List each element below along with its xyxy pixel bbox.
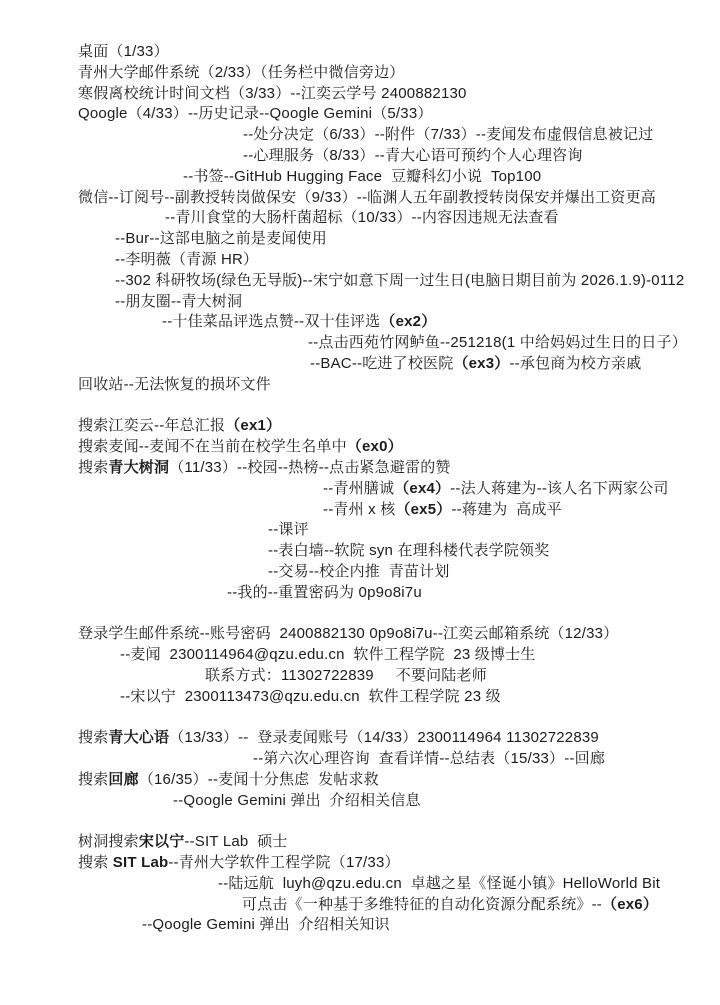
doc-text-run: --课评	[268, 521, 309, 538]
doc-text-run: （ex1）	[225, 417, 281, 434]
doc-line: --青川食堂的大肠杆菌超标（10/33）--内容因违规无法查看	[78, 208, 696, 229]
doc-text-run: 树洞搜索	[78, 833, 139, 850]
doc-line: --处分决定（6/33）--附件（7/33）--麦闻发布虚假信息被记过	[78, 125, 696, 146]
doc-text-run: （13/33）-- 登录麦闻账号（14/33）2300114964 113027…	[169, 729, 599, 746]
doc-line: 搜索回廊（16/35）--麦闻十分焦虑 发帖求救	[78, 770, 696, 791]
doc-text-run: 登录学生邮件系统--账号密码 2400882130 0p9o8i7u--江奕云邮…	[78, 625, 618, 642]
doc-text-run: --处分决定（6/33）--附件（7/33）--麦闻发布虚假信息被记过	[243, 126, 653, 143]
doc-line: --交易--校企内推 青苗计划	[78, 562, 696, 583]
doc-line: --十佳菜品评选点赞--双十佳评选（ex2）	[78, 312, 696, 333]
doc-blank-line	[78, 604, 696, 625]
doc-line: 回收站--无法恢复的损坏文件	[78, 375, 696, 396]
doc-blank-line	[78, 708, 696, 729]
doc-line: --朋友圈--青大树洞	[78, 292, 696, 313]
doc-text-run: 搜索	[78, 459, 108, 476]
doc-line: --心理服务（8/33）--青大心语可预约个人心理咨询	[78, 146, 696, 167]
doc-line: 可点击《一种基于多维特征的自动化资源分配系统》--（ex6）	[78, 895, 696, 916]
doc-text-run: --法人蒋建为--该人名下两家公司	[450, 480, 668, 497]
doc-text-run: --表白墙--软院 syn 在理科楼代表学院领奖	[268, 542, 549, 559]
doc-text-run: --心理服务（8/33）--青大心语可预约个人心理咨询	[243, 147, 583, 164]
doc-line: 登录学生邮件系统--账号密码 2400882130 0p9o8i7u--江奕云邮…	[78, 624, 696, 645]
doc-text-run: --青州膳诚	[323, 480, 394, 497]
doc-text-run: --Qoogle Gemini 弹出 介绍相关知识	[142, 916, 390, 933]
doc-text-run: 搜索麦闻--麦闻不在当前在校学生名单中	[78, 438, 347, 455]
doc-line: --表白墙--软院 syn 在理科楼代表学院领奖	[78, 541, 696, 562]
doc-line: --302 科研牧场(绿色无导版)--宋宁如意下周一过生日(电脑日期目前为 20…	[78, 271, 696, 292]
doc-text-run: --青川食堂的大肠杆菌超标（10/33）--内容因违规无法查看	[165, 209, 559, 226]
doc-blank-line	[78, 811, 696, 832]
doc-line: --书签--GitHub Hugging Face 豆瓣科幻小说 Top100	[78, 167, 696, 188]
doc-line: 搜索麦闻--麦闻不在当前在校学生名单中（ex0）	[78, 437, 696, 458]
doc-text-run: （ex2）	[380, 313, 436, 330]
doc-text-run: --302 科研牧场(绿色无导版)--宋宁如意下周一过生日(电脑日期目前为 20…	[115, 272, 684, 289]
doc-text-run: （11/33）--校园--热榜--点击紧急避雷的赞	[169, 459, 450, 476]
doc-text-run: 寒假离校统计时间文档（3/33）--江奕云学号 2400882130	[78, 85, 467, 102]
doc-line: 树洞搜索宋以宁--SIT Lab 硕士	[78, 832, 696, 853]
doc-text-run: （ex0）	[347, 438, 403, 455]
doc-text-run: （ex4）	[394, 480, 450, 497]
doc-line: --青州 x 核（ex5）--蒋建为 高成平	[78, 500, 696, 521]
doc-text-run: 青大树洞	[108, 459, 169, 476]
doc-text-run: --陆远航 luyh@qzu.edu.cn 卓越之星《怪诞小镇》HelloWor…	[218, 875, 660, 892]
doc-text-run: 微信--订阅号--副教授转岗做保安（9/33）--临渊人五年副教授转岗保安并爆出…	[78, 189, 656, 206]
doc-text-run: --青州大学软件工程学院（17/33）	[168, 854, 399, 871]
doc-text-run: 青大心语	[108, 729, 169, 746]
doc-text-run: --书签--GitHub Hugging Face 豆瓣科幻小说 Top100	[183, 168, 541, 185]
doc-text-run: --BAC--吃进了校医院	[310, 355, 453, 372]
doc-line: --课评	[78, 520, 696, 541]
doc-line: 搜索青大心语（13/33）-- 登录麦闻账号（14/33）2300114964 …	[78, 728, 696, 749]
doc-text-run: 青州大学邮件系统（2/33）（任务栏中微信旁边）	[78, 64, 405, 81]
doc-text-run: --SIT Lab 硕士	[184, 833, 287, 850]
doc-text-run: （ex5）	[395, 501, 451, 518]
doc-line: 联系方式：11302722839 不要问陆老师	[78, 666, 696, 687]
doc-text-run: --交易--校企内推 青苗计划	[268, 563, 450, 580]
doc-text-run: （ex6）	[602, 896, 658, 913]
doc-text-run: --麦闻 2300114964@qzu.edu.cn 软件工程学院 23 级博士…	[120, 646, 536, 663]
doc-line: --青州膳诚（ex4）--法人蒋建为--该人名下两家公司	[78, 479, 696, 500]
doc-text-run: 回收站--无法恢复的损坏文件	[78, 376, 271, 393]
doc-text-run: --十佳菜品评选点赞--双十佳评选	[162, 313, 380, 330]
doc-line: --我的--重置密码为 0p9o8i7u	[78, 583, 696, 604]
doc-line: --李明薇（青源 HR）	[78, 250, 696, 271]
doc-text-run: 搜索	[78, 729, 108, 746]
doc-line: --Bur--这部电脑之前是麦闻使用	[78, 229, 696, 250]
document-content: 桌面（1/33）青州大学邮件系统（2/33）（任务栏中微信旁边）寒假离校统计时间…	[78, 42, 696, 936]
doc-text-run: --Bur--这部电脑之前是麦闻使用	[115, 230, 327, 247]
doc-line: 桌面（1/33）	[78, 42, 696, 63]
doc-text-run: --第六次心理咨询 查看详情--总结表（15/33）--回廊	[253, 750, 605, 767]
doc-line: --Qoogle Gemini 弹出 介绍相关知识	[78, 915, 696, 936]
doc-text-run: --我的--重置密码为 0p9o8i7u	[227, 584, 422, 601]
doc-text-run: --朋友圈--青大树洞	[115, 293, 242, 310]
doc-text-run: （16/35）--麦闻十分焦虑 发帖求救	[139, 771, 379, 788]
doc-text-run: 桌面（1/33）	[78, 43, 169, 60]
doc-line: 搜索江奕云--年总汇报（ex1）	[78, 416, 696, 437]
doc-line: --BAC--吃进了校医院（ex3）--承包商为校方亲戚	[78, 354, 696, 375]
doc-line: --麦闻 2300114964@qzu.edu.cn 软件工程学院 23 级博士…	[78, 645, 696, 666]
doc-line: --Qoogle Gemini 弹出 介绍相关信息	[78, 791, 696, 812]
doc-text-run: Qoogle（4/33）--历史记录--Qoogle Gemini（5/33）	[78, 105, 433, 122]
doc-text-run: 联系方式：11302722839 不要问陆老师	[205, 667, 487, 684]
doc-text-run: 可点击《一种基于多维特征的自动化资源分配系统》--	[242, 896, 602, 913]
doc-line: 搜索 SIT Lab--青州大学软件工程学院（17/33）	[78, 853, 696, 874]
doc-text-run: --承包商为校方亲戚	[509, 355, 641, 372]
doc-text-run: --宋以宁 2300113473@qzu.edu.cn 软件工程学院 23 级	[120, 688, 501, 705]
doc-line: Qoogle（4/33）--历史记录--Qoogle Gemini（5/33）	[78, 104, 696, 125]
doc-line: 寒假离校统计时间文档（3/33）--江奕云学号 2400882130	[78, 84, 696, 105]
doc-line: 微信--订阅号--副教授转岗做保安（9/33）--临渊人五年副教授转岗保安并爆出…	[78, 188, 696, 209]
doc-text-run: 回廊	[108, 771, 138, 788]
doc-text-run: （ex3）	[453, 355, 509, 372]
doc-text-run: --蒋建为 高成平	[451, 501, 561, 518]
doc-blank-line	[78, 396, 696, 417]
doc-text-run: --青州 x 核	[323, 501, 395, 518]
doc-line: --宋以宁 2300113473@qzu.edu.cn 软件工程学院 23 级	[78, 687, 696, 708]
doc-text-run: 搜索	[78, 854, 113, 871]
doc-text-run: 宋以宁	[139, 833, 185, 850]
doc-line: --陆远航 luyh@qzu.edu.cn 卓越之星《怪诞小镇》HelloWor…	[78, 874, 696, 895]
doc-text-run: --Qoogle Gemini 弹出 介绍相关信息	[173, 792, 421, 809]
doc-line: 青州大学邮件系统（2/33）（任务栏中微信旁边）	[78, 63, 696, 84]
doc-line: --点击西苑竹网鲈鱼--251218(1 中给妈妈过生日的日子）	[78, 333, 696, 354]
doc-text-run: --李明薇（青源 HR）	[115, 251, 258, 268]
doc-line: --第六次心理咨询 查看详情--总结表（15/33）--回廊	[78, 749, 696, 770]
document-page: 桌面（1/33）青州大学邮件系统（2/33）（任务栏中微信旁边）寒假离校统计时间…	[0, 0, 720, 1005]
doc-text-run: 搜索	[78, 771, 108, 788]
doc-text-run: --点击西苑竹网鲈鱼--251218(1 中给妈妈过生日的日子）	[308, 334, 687, 351]
doc-text-run: SIT Lab	[113, 854, 169, 871]
doc-line: 搜索青大树洞（11/33）--校园--热榜--点击紧急避雷的赞	[78, 458, 696, 479]
doc-text-run: 搜索江奕云--年总汇报	[78, 417, 225, 434]
